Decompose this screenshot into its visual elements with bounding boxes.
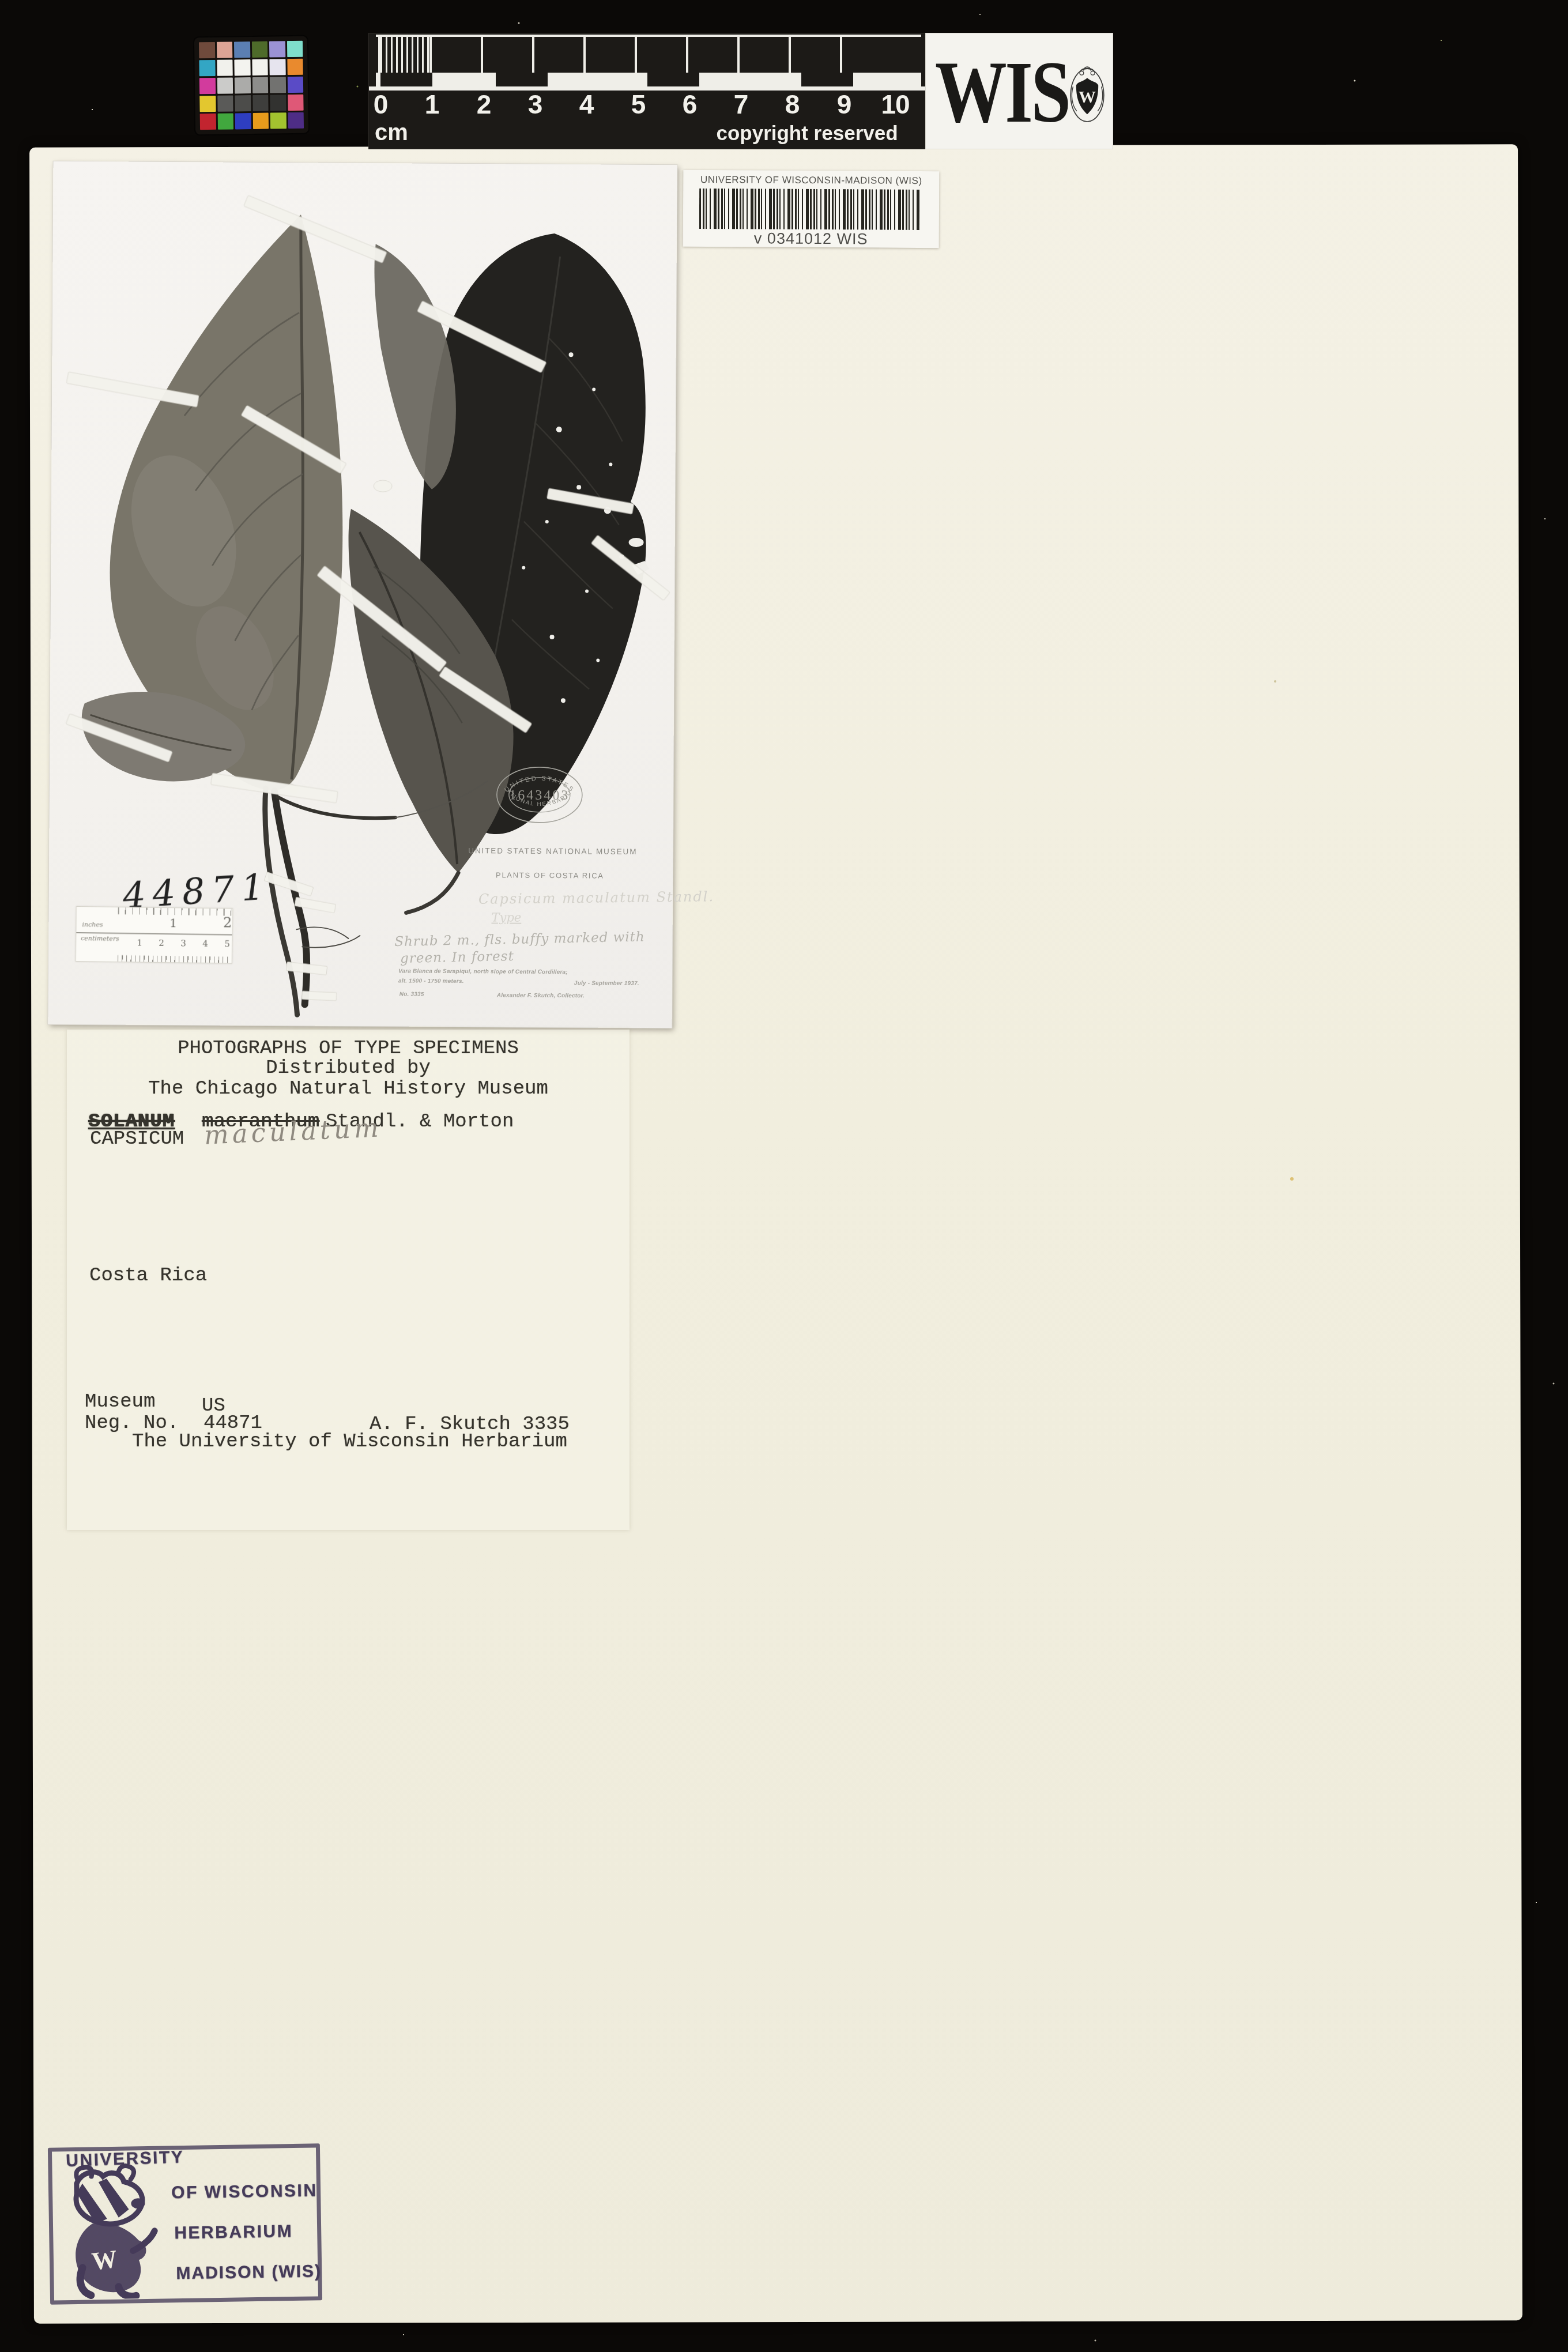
color-checker-cell bbox=[270, 95, 286, 111]
color-checker-cell bbox=[252, 59, 268, 76]
wis-code-text: WIS bbox=[935, 46, 1034, 138]
cm-scale-bar: 0 1 2 3 4 5 6 7 8 9 10 cm copyright rese… bbox=[369, 33, 926, 149]
neg-no-value: 44871 bbox=[203, 1414, 262, 1433]
badger-mascot-icon: W bbox=[53, 2162, 171, 2300]
color-checker-cell bbox=[251, 42, 267, 58]
copyright-label: copyright reserved bbox=[716, 122, 898, 145]
color-checker-cell bbox=[199, 42, 215, 58]
photo-collection-number: No. 3335 bbox=[399, 991, 424, 997]
wis-logo-block: WIS W bbox=[926, 33, 1113, 149]
barcode-icon bbox=[699, 189, 919, 230]
scale-number: 0 bbox=[374, 89, 388, 120]
usnm-oval-stamp: UNITED STATES NATIONAL HERBARIUM 1643403 bbox=[493, 763, 586, 826]
scale-bar-thin-block bbox=[380, 73, 432, 86]
color-checker-cell bbox=[288, 112, 304, 129]
color-checker-cell bbox=[217, 59, 233, 76]
color-checker-cell bbox=[287, 59, 303, 75]
cm-number: 3 bbox=[180, 938, 186, 948]
scale-number: 9 bbox=[837, 89, 851, 120]
scale-number: 1 bbox=[425, 89, 439, 120]
scale-number: 7 bbox=[734, 89, 748, 120]
color-checker-cell bbox=[269, 59, 285, 75]
color-checker-cell bbox=[252, 95, 269, 111]
color-checker-cell bbox=[199, 96, 216, 112]
scale-number: 6 bbox=[683, 89, 697, 120]
photo-series-line: PLANTS OF COSTA RICA bbox=[496, 870, 604, 880]
centimeters-label: centimeters bbox=[81, 934, 119, 943]
color-checker-card bbox=[194, 36, 308, 135]
color-checker-cell bbox=[287, 77, 303, 93]
label-header-line3: The Chicago Natural History Museum bbox=[67, 1079, 630, 1099]
color-checker-cell bbox=[199, 60, 215, 76]
color-checker-cell bbox=[200, 114, 216, 130]
sheet-speck bbox=[1290, 1177, 1294, 1181]
stamp-line-of-wisconsin: OF WISCONSIN bbox=[171, 2181, 318, 2203]
herbarium-specimen-scan: 0 1 2 3 4 5 6 7 8 9 10 cm copyright rese… bbox=[0, 0, 1568, 2352]
barcode-institution-text: UNIVERSITY OF WISCONSIN-MADISON (WIS) bbox=[683, 174, 939, 187]
photo-museum-line: UNITED STATES NATIONAL MUSEUM bbox=[468, 846, 637, 856]
cm-number: 2 bbox=[159, 938, 164, 948]
svg-text:1643403: 1643403 bbox=[509, 788, 570, 804]
photo-locality-line: Vara Blanca de Sarapiqui, north slope of… bbox=[398, 968, 568, 975]
uw-crest-icon: W bbox=[1069, 51, 1106, 137]
scale-bar-checker-row bbox=[376, 35, 921, 73]
inches-label: inches bbox=[82, 921, 103, 928]
stamp-line-herbarium: HERBARIUM bbox=[174, 2222, 293, 2243]
museum-label: Museum bbox=[85, 1392, 155, 1412]
barcode-accession-text: v 0341012 WIS bbox=[683, 229, 939, 248]
specimen-photograph: 44871 inches 1 2 centimeters 1 2 3 4 5 bbox=[48, 161, 677, 1028]
color-checker-cell bbox=[269, 41, 285, 57]
photo-faint-annotation: Capsicum maculatum Standl. bbox=[478, 888, 715, 907]
color-checker-cell bbox=[234, 59, 250, 76]
country-text: Costa Rica bbox=[89, 1266, 207, 1286]
scale-bar-thin-block bbox=[496, 73, 548, 86]
type-specimen-label: PHOTOGRAPHS OF TYPE SPECIMENS Distribute… bbox=[67, 1030, 630, 1530]
color-checker-cell bbox=[270, 112, 287, 129]
inch-ticks bbox=[118, 907, 231, 916]
color-checker-cell bbox=[217, 95, 233, 111]
cm-number: 1 bbox=[137, 937, 142, 948]
scale-number: 5 bbox=[631, 89, 646, 120]
scale-bar-thin-row bbox=[376, 73, 921, 86]
inch-number: 1 bbox=[169, 916, 177, 930]
color-checker-cell bbox=[235, 95, 251, 111]
color-checker-cell bbox=[252, 113, 269, 129]
color-checker-cell bbox=[235, 77, 251, 93]
cm-number: 4 bbox=[202, 938, 208, 949]
uw-herbarium-stamp: W UNIVERSITY OF WISCONSIN HERBARIUM MADI… bbox=[48, 2143, 322, 2304]
color-checker-cell bbox=[199, 78, 216, 94]
color-checker-cell bbox=[234, 42, 250, 58]
scale-bar-mm-ticks bbox=[380, 37, 432, 73]
svg-text:W: W bbox=[91, 2245, 119, 2276]
scale-number: 10 bbox=[881, 89, 909, 120]
scale-number: 2 bbox=[477, 89, 491, 120]
svg-text:W: W bbox=[1079, 88, 1096, 107]
color-checker-cell bbox=[235, 113, 251, 129]
cm-ticks bbox=[118, 955, 231, 963]
color-checker-cell bbox=[217, 113, 233, 129]
photo-habit-note-line2: green. In forest bbox=[400, 949, 514, 966]
barcode-label: UNIVERSITY OF WISCONSIN-MADISON (WIS) v … bbox=[683, 170, 940, 248]
scale-bar-thin-block bbox=[647, 73, 699, 86]
photo-scale-card: inches 1 2 centimeters 1 2 3 4 5 bbox=[76, 906, 233, 964]
color-checker-cell bbox=[217, 77, 233, 93]
sheet-speck bbox=[1274, 680, 1276, 683]
color-checker-cell bbox=[288, 95, 304, 111]
photo-faint-type-annotation: Type bbox=[492, 910, 522, 924]
photo-date-line: July - September 1937. bbox=[574, 980, 639, 987]
photo-altitude-line: alt. 1500 - 1750 meters. bbox=[398, 978, 464, 985]
scale-number: 4 bbox=[579, 89, 594, 120]
label-header-line1: PHOTOGRAPHS OF TYPE SPECIMENS bbox=[67, 1039, 630, 1058]
negative-number-row: Neg. No. 44871 A. F. Skutch 3335 bbox=[85, 1414, 179, 1433]
scale-number: 3 bbox=[528, 89, 542, 120]
scale-number: 8 bbox=[785, 89, 800, 120]
pencil-species-annotation: maculatum bbox=[203, 1118, 382, 1145]
stamp-line-university: UNIVERSITY bbox=[66, 2147, 184, 2171]
scale-bar-thin-block bbox=[801, 73, 853, 86]
scale-unit-label: cm bbox=[375, 120, 408, 146]
photo-collector-line: Alexander F. Skutch, Collector. bbox=[497, 992, 585, 999]
color-checker-cell bbox=[270, 77, 286, 93]
color-checker-cell bbox=[287, 41, 303, 57]
label-footer-text: The University of Wisconsin Herbarium bbox=[132, 1432, 567, 1452]
cm-number: 5 bbox=[224, 938, 230, 949]
revised-genus-text: CAPSICUM bbox=[90, 1129, 184, 1149]
label-header-line2: Distributed by bbox=[67, 1058, 630, 1078]
stamp-line-madison: MADISON (WIS) bbox=[176, 2261, 322, 2283]
color-checker-cell bbox=[216, 42, 232, 58]
inch-number: 2 bbox=[223, 914, 232, 930]
color-checker-cell bbox=[252, 77, 268, 93]
